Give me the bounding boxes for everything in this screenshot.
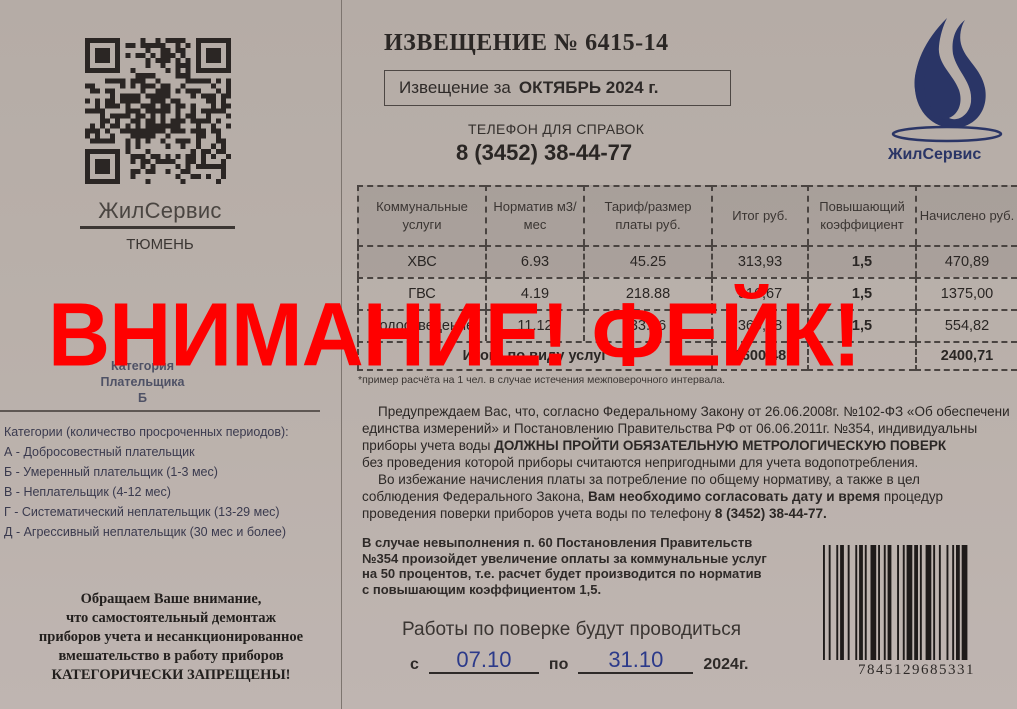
phone-number: 8 (3452) 38-44-77 [456, 140, 632, 166]
column-header: Итог руб. [711, 185, 807, 245]
legal-warning-text: Предупреждаем Вас, что, согласно Федерал… [362, 403, 1017, 522]
notice-title: ИЗВЕЩЕНИЕ № 6415-14 [384, 30, 669, 57]
work-schedule-title: Работы по поверке будут проводиться [402, 619, 741, 641]
categories-title: Категории (количество просроченных перио… [4, 422, 289, 442]
brand-underline [80, 226, 235, 229]
work-schedule-dates: с 07.10 по 31.10 2024г. [410, 648, 748, 674]
column-header: Начислено руб. [915, 185, 1017, 245]
penalty-notice: В случае невыполнения п. 60 Постановлени… [362, 535, 767, 597]
qr-code-icon [82, 38, 234, 184]
tampering-warning: Обращаем Ваше внимание, что самостоятель… [0, 590, 342, 685]
mandatory-verification-notice: ДОЛЖНЫ ПРОЙТИ ОБЯЗАТЕЛЬНУЮ МЕТРОЛОГИЧЕСК… [494, 438, 946, 453]
category-item: Г - Систематический неплательщик (13-29 … [4, 502, 289, 522]
phone-number-inline: 8 (3452) 38-44-77. [715, 506, 827, 521]
category-item: А - Добросовестный плательщик [4, 442, 289, 462]
category-item: Б - Умеренный плательщик (1-3 мес) [4, 462, 289, 482]
barcode-number: 7845129685331 [858, 662, 975, 679]
phone-label: ТЕЛЕФОН ДЛЯ СПРАВОК [468, 121, 644, 137]
column-header: Норматив м3/мес [485, 185, 583, 245]
table-header: Коммунальные услуги Норматив м3/мес Тари… [357, 185, 1017, 245]
date-to: 31.10 [578, 648, 693, 674]
divider [0, 410, 320, 412]
brand-logo-text: ЖилСервис [888, 146, 1008, 164]
column-header: Коммунальные услуги [357, 185, 485, 245]
city-label: ТЮМЕНЬ [85, 236, 235, 253]
billing-period: Извещение за ОКТЯБРЬ 2024 г. [384, 70, 731, 106]
fake-warning-overlay: ВНИМАНИЕ! ФЕЙК! [48, 288, 860, 383]
category-item: Д - Агрессивный неплательщик (30 мес и б… [4, 522, 289, 542]
barcode-icon [823, 545, 1017, 660]
date-from: 07.10 [429, 648, 539, 674]
brand-name-left: ЖилСервис [85, 198, 235, 224]
table-row: ХВС 6.93 45.25 313,93 1,5 470,89 [357, 245, 1017, 277]
column-header: Повышающий коэффициент [807, 185, 915, 245]
payer-category-value: Б [70, 390, 215, 406]
column-header: Тариф/размер платы руб. [583, 185, 711, 245]
categories-legend: Категории (количество просроченных перио… [4, 422, 289, 542]
billing-period-value: ОКТЯБРЬ 2024 г. [519, 78, 659, 98]
category-item: В - Неплательщик (4-12 мес) [4, 482, 289, 502]
